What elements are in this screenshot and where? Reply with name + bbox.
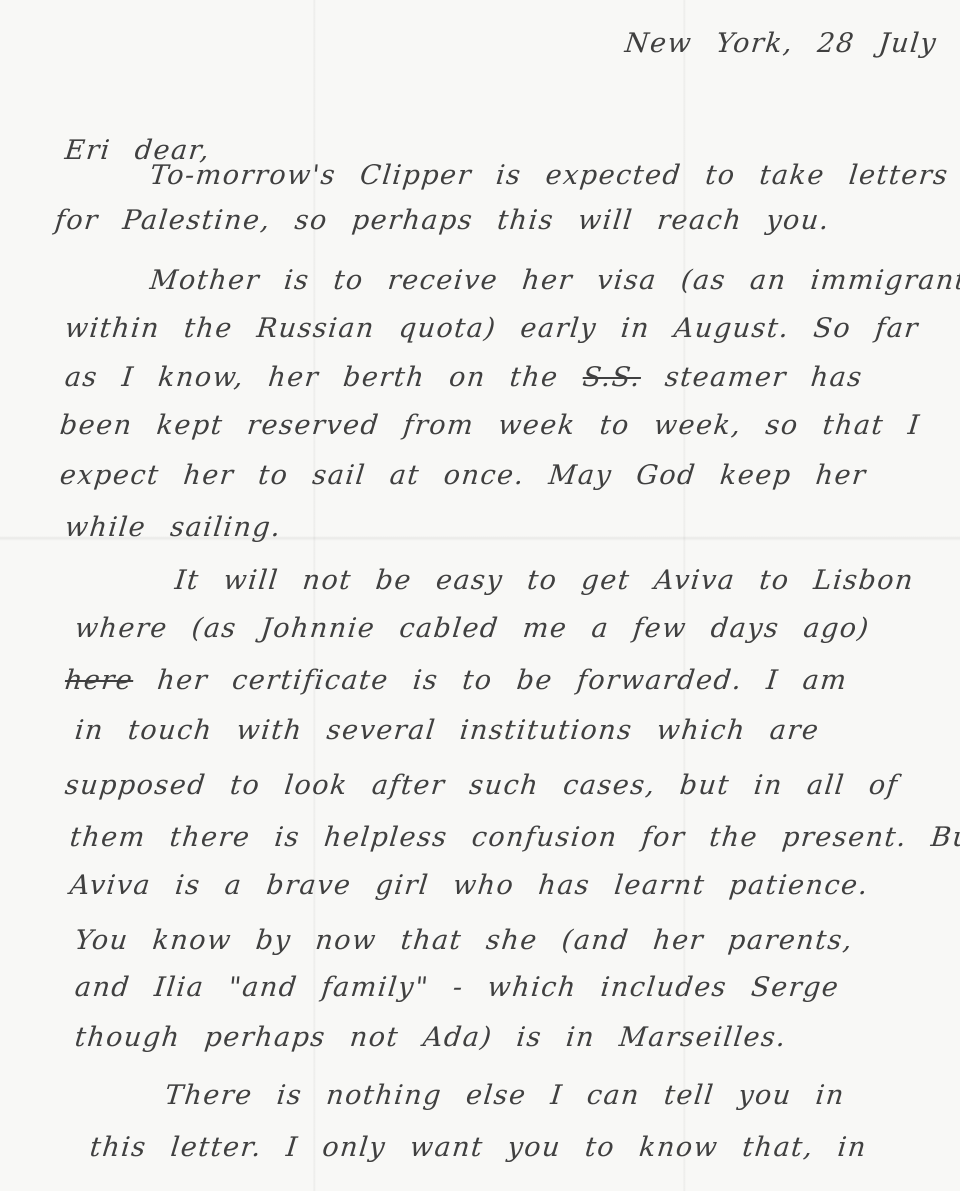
letter-line: There is nothing else I can tell you in — [163, 1080, 846, 1111]
struck-word: S.S. — [581, 362, 642, 393]
letter-line: as I know, her berth on the S.S. steamer… — [63, 362, 864, 393]
letter-line: while sailing. — [63, 512, 283, 543]
letter-line: where (as Johnnie cabled me a few days a… — [73, 613, 871, 644]
letter-line: Aviva is a brave girl who has learnt pat… — [68, 870, 870, 901]
letter-line: To-morrow's Clipper is expected to take … — [148, 160, 950, 191]
letter-line-part: as I know, her berth on the — [63, 362, 560, 393]
letter-line: Mother is to receive her visa (as an imm… — [148, 265, 960, 296]
letter-line-part: steamer has — [663, 362, 864, 393]
letter-line-part: her certificate is to be forwarded. I am — [156, 665, 849, 696]
letter-line: You know by now that she (and her parent… — [73, 925, 854, 956]
struck-word: here — [63, 665, 135, 696]
letter-line: for Palestine, so perhaps this will reac… — [53, 205, 831, 236]
letter-line: supposed to look after such cases, but i… — [63, 770, 900, 801]
letter-line: It will not be easy to get Aviva to Lisb… — [173, 565, 915, 596]
letter-line: within the Russian quota) early in Augus… — [63, 313, 920, 344]
letter-line: here her certificate is to be forwarded.… — [63, 665, 849, 696]
letter-line: this letter. I only want you to know tha… — [88, 1132, 868, 1163]
letter-line: though perhaps not Ada) is in Marseilles… — [73, 1022, 788, 1053]
letter-line: and Ilia "and family" - which includes S… — [73, 972, 841, 1003]
letter-page: New York, 28 July 1940 Eri dear, To-morr… — [0, 0, 960, 1191]
letter-line: them there is helpless confusion for the… — [68, 822, 960, 853]
place-date: New York, 28 July 1940 — [623, 28, 960, 59]
letter-line: in touch with several institutions which… — [73, 715, 821, 746]
letter-line: been kept reserved from week to week, so… — [58, 410, 922, 441]
letter-line: expect her to sail at once. May God keep… — [58, 460, 868, 491]
